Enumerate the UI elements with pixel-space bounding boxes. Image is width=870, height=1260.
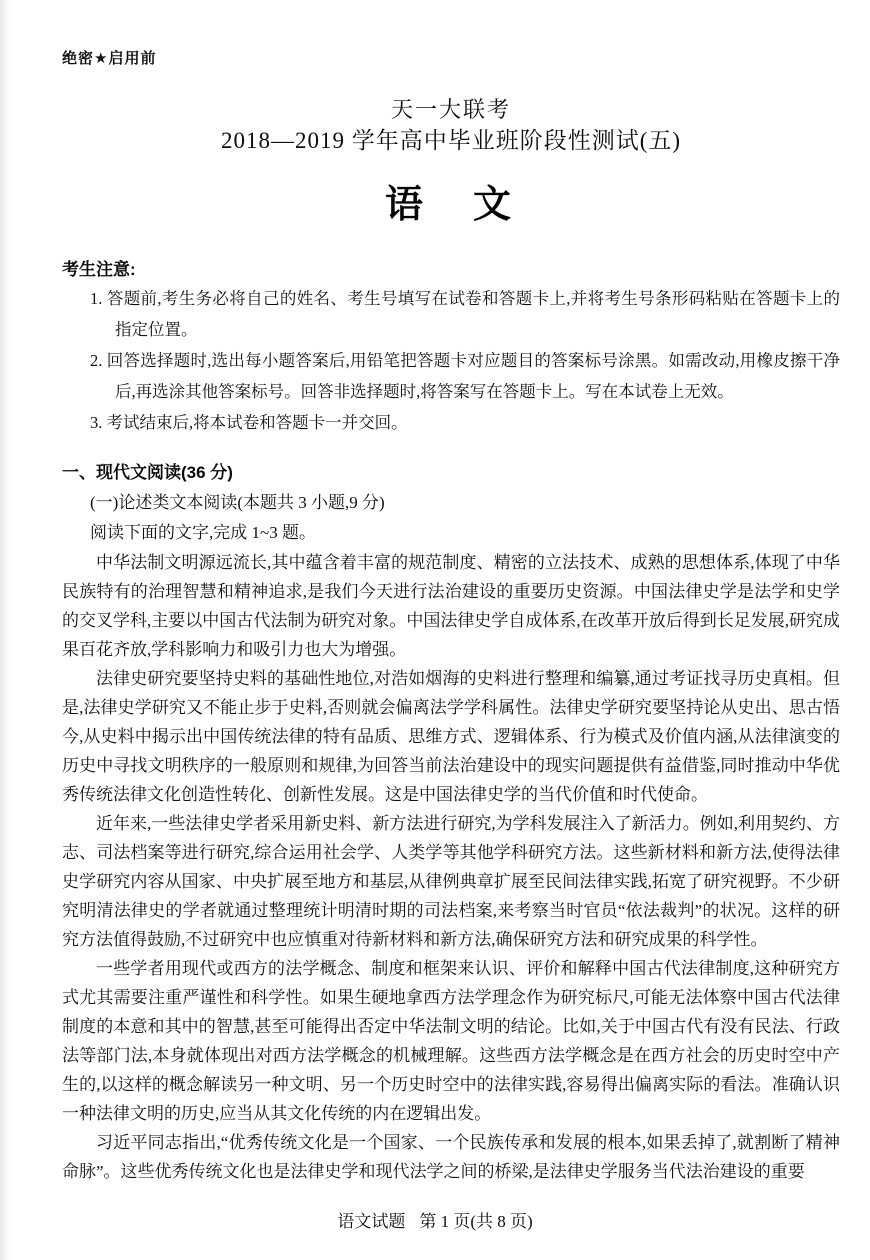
notice-item-1: 1. 答题前,考生务必将自己的姓名、考生号填写在试卷和答题卡上,并将考生号条形码… (62, 283, 840, 345)
candidate-notice: 考生注意: 1. 答题前,考生务必将自己的姓名、考生号填写在试卷和答题卡上,并将… (62, 257, 840, 438)
page-footer: 语文试题第 1 页(共 8 页) (0, 1210, 870, 1234)
reading-instruction: 阅读下面的文字,完成 1~3 题。 (90, 518, 840, 548)
exam-organizer-title: 天一大联考 (62, 96, 840, 124)
passage-paragraph-2: 法律史研究要坚持史料的基础性地位,对浩如烟海的史料进行整理和编纂,通过考证找寻历… (62, 664, 840, 809)
passage-paragraph-3: 近年来,一些法律史学者采用新史料、新方法进行研究,为学科发展注入了新活力。例如,… (62, 809, 840, 954)
exam-session-title: 2018—2019 学年高中毕业班阶段性测试(五) (62, 124, 840, 157)
section-modern-text-reading: 一、现代文阅读(36 分) (一)论述类文本阅读(本题共 3 小题,9 分) 阅… (62, 458, 840, 1186)
notice-item-3: 3. 考试结束后,将本试卷和答题卡一并交回。 (62, 407, 840, 438)
notice-heading: 考生注意: (62, 257, 840, 283)
section-subheading: (一)论述类文本阅读(本题共 3 小题,9 分) (90, 488, 840, 518)
passage-paragraph-4: 一些学者用现代或西方的法学概念、制度和框架来认识、评价和解释中国古代法律制度,这… (62, 954, 840, 1128)
security-classification: 绝密★启用前 (62, 48, 840, 70)
passage-paragraph-5: 习近平同志指出,“优秀传统文化是一个国家、一个民族传承和发展的根本,如果丢掉了,… (62, 1128, 840, 1186)
subject-title: 语 文 (62, 177, 840, 233)
section-heading: 一、现代文阅读(36 分) (62, 458, 840, 488)
passage-paragraph-1: 中华法制文明源远流长,其中蕴含着丰富的规范制度、精密的立法技术、成熟的思想体系,… (62, 548, 840, 664)
notice-item-2: 2. 回答选择题时,选出每小题答案后,用铅笔把答题卡对应题目的答案标号涂黑。如需… (62, 345, 840, 407)
footer-page-number: 第 1 页(共 8 页) (419, 1212, 532, 1231)
exam-paper-page: 绝密★启用前 天一大联考 2018—2019 学年高中毕业班阶段性测试(五) 语… (0, 0, 870, 1260)
footer-subject-label: 语文试题 (337, 1212, 405, 1231)
